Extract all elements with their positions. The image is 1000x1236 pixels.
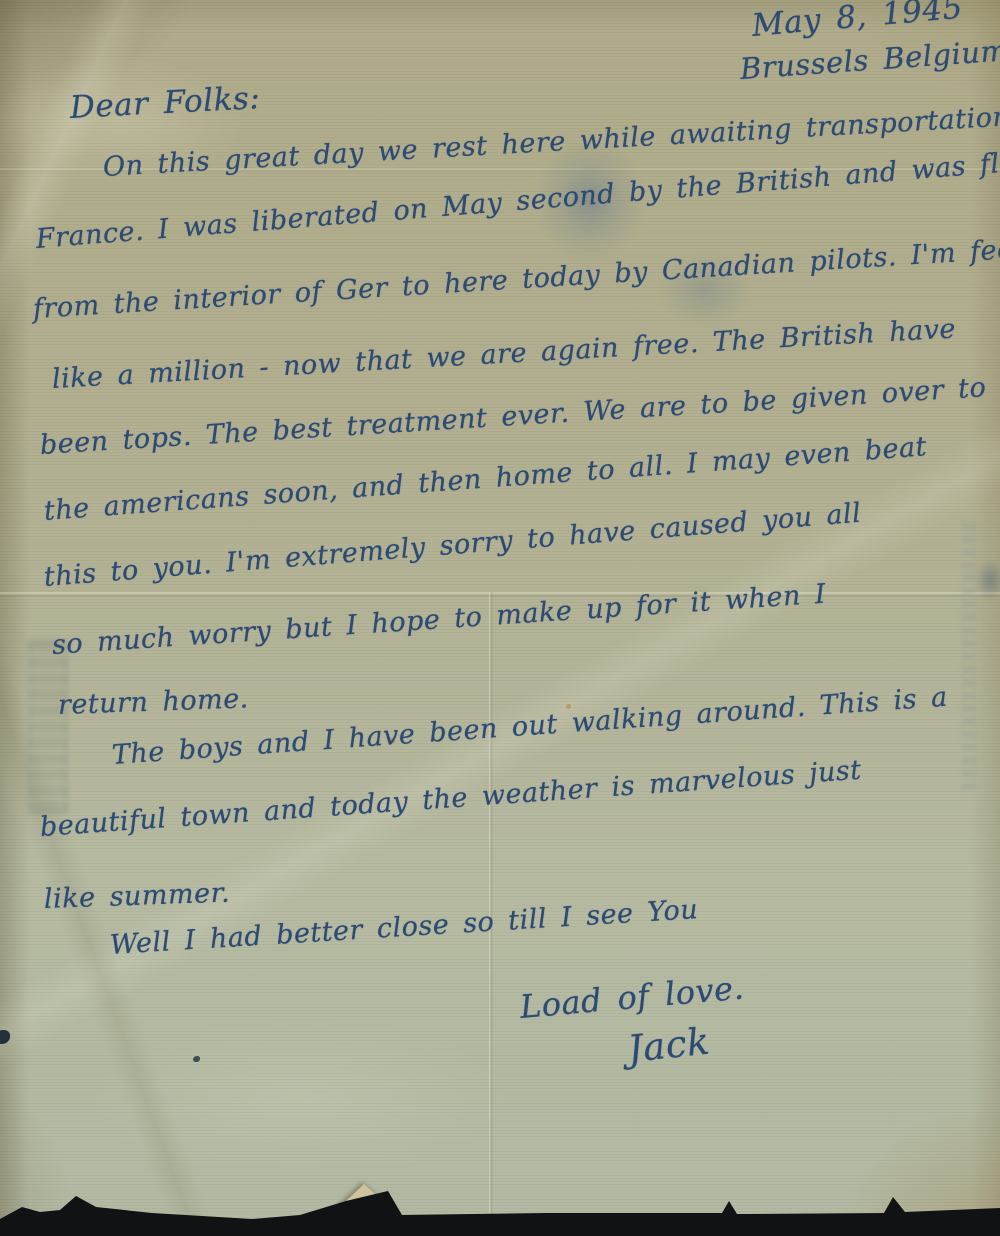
letter-salutation: Dear Folks: [69,80,261,126]
letter-body-line: been tops. The best treatment ever. We a… [39,372,987,461]
ink-smudge [660,255,750,325]
letter-location: Brussels Belgium [739,33,1000,86]
letter-body-line: Well I had better close so till I see Yo… [109,894,699,961]
letter-valediction: Load of love. [518,968,745,1025]
letter-photo: May 8, 1945 Brussels Belgium Dear Folks:… [0,0,1000,1236]
paper-texture [0,0,1000,1236]
letter-date: May 8, 1945 [750,0,964,44]
letter-body-line: like a million - now that we are again f… [51,313,957,394]
letter-body-line: beautiful town and today the weather is … [39,755,863,843]
rust-stain [388,738,395,744]
letter-body-line: On this great day we rest here while awa… [102,99,1000,183]
letter-body-line: this to you. I'm extremely sorry to have… [43,498,863,593]
letter-paper: May 8, 1945 Brussels Belgium Dear Folks:… [0,0,1000,1236]
fold-crease-upper [0,168,1000,173]
letter-body-line: The boys and I have been out walking aro… [111,682,949,771]
ink-blot [0,1030,10,1044]
letter-body-line: the americans soon, and then home to all… [43,431,928,527]
paper-wrinkles [0,0,1000,1236]
fold-crease-vertical [489,592,493,1216]
printed-showthrough [962,520,976,790]
ink-speck [193,1056,200,1062]
censor-stamp-showthrough [28,640,68,814]
rust-stain [899,57,904,61]
rust-stain [566,704,571,709]
letter-signature: Jack [626,1020,712,1071]
letter-body-line: return home. [57,683,249,721]
fold-crease-horizontal [0,592,1000,598]
ink-smudge [535,140,645,260]
ink-smudge [975,560,1000,600]
letter-body-line: so much worry but I hope to make up for … [51,579,827,661]
letter-body-line: like summer. [43,878,230,915]
letter-body-line: France. I was liberated on May second by… [35,144,1000,255]
torn-edge-fold [330,1184,400,1216]
letter-body-line: from the interior of Ger to here today b… [32,231,1000,325]
